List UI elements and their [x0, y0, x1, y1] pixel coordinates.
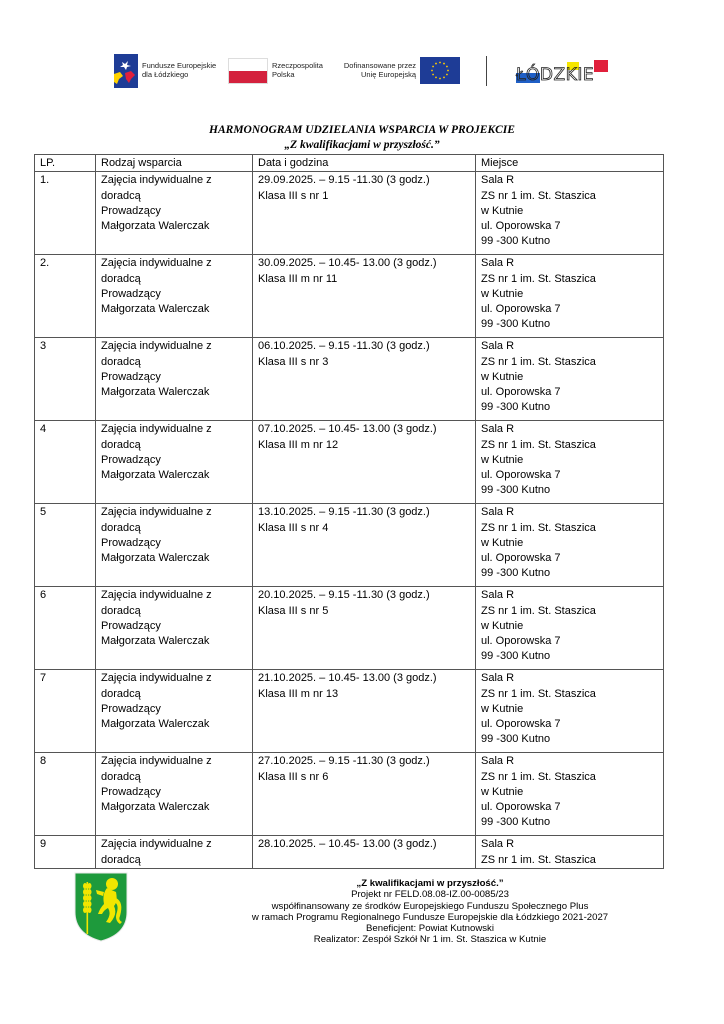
cell-support-type: Zajęcia indywidualne zdoradcąProwadzącyM…: [96, 504, 253, 587]
cell-date-time-line: 30.09.2025. – 10.45- 13.00 (3 godz.): [258, 256, 470, 271]
cell-place-line: Sala R: [481, 754, 658, 769]
cell-place-line: w Kutnie: [481, 536, 658, 551]
cell-date-time-line: Klasa III s nr 6: [258, 770, 470, 785]
cell-date-time: 28.10.2025. – 10.45- 13.00 (3 godz.): [253, 836, 476, 869]
cell-support-type-line: doradcą: [101, 770, 247, 785]
cell-place-line: ul. Oporowska 7: [481, 551, 658, 566]
project-footer: „Z kwalifikacjami w przyszłość.” Projekt…: [180, 878, 680, 946]
column-header-support-type: Rodzaj wsparcia: [96, 155, 253, 172]
cell-support-type-line: Prowadzący: [101, 702, 247, 717]
table-row: 8Zajęcia indywidualne zdoradcąProwadzący…: [35, 753, 664, 836]
cell-support-type-line: Małgorzata Walerczak: [101, 468, 247, 483]
cell-place-line: ZS nr 1 im. St. Staszica: [481, 521, 658, 536]
cell-support-type-line: Zajęcia indywidualne z: [101, 754, 247, 769]
cell-place-line: ul. Oporowska 7: [481, 302, 658, 317]
cell-support-type-line: Małgorzata Walerczak: [101, 717, 247, 732]
cell-place-line: ul. Oporowska 7: [481, 385, 658, 400]
cell-support-type-line: doradcą: [101, 189, 247, 204]
cell-date-time-line: Klasa III s nr 3: [258, 355, 470, 370]
cell-support-type-line: doradcą: [101, 604, 247, 619]
cell-place-line: ZS nr 1 im. St. Staszica: [481, 272, 658, 287]
cell-date-time: 07.10.2025. – 10.45- 13.00 (3 godz.)Klas…: [253, 421, 476, 504]
cell-date-time-line: 13.10.2025. – 9.15 -11.30 (3 godz.): [258, 505, 470, 520]
footer-project-name: „Z kwalifikacjami w przyszłość.”: [180, 878, 680, 889]
cell-date-time-line: 27.10.2025. – 9.15 -11.30 (3 godz.): [258, 754, 470, 769]
cell-place-line: 99 -300 Kutno: [481, 566, 658, 581]
cell-date-time-line: Klasa III m nr 13: [258, 687, 470, 702]
footer-project-number: Projekt nr FELD.08.08-IZ.00-0085/23: [180, 889, 680, 900]
schedule-table: LP. Rodzaj wsparcia Data i godzina Miejs…: [34, 154, 664, 869]
cell-place-line: ul. Oporowska 7: [481, 717, 658, 732]
cell-lp: 1.: [35, 172, 96, 255]
cell-place-line: w Kutnie: [481, 287, 658, 302]
cell-place-line: Sala R: [481, 339, 658, 354]
cell-support-type-line: Zajęcia indywidualne z: [101, 173, 247, 188]
cell-lp: 3: [35, 338, 96, 421]
cell-date-time: 21.10.2025. – 10.45- 13.00 (3 godz.)Klas…: [253, 670, 476, 753]
cell-place-line: 99 -300 Kutno: [481, 732, 658, 747]
cell-date-time-line: 29.09.2025. – 9.15 -11.30 (3 godz.): [258, 173, 470, 188]
cell-support-type: Zajęcia indywidualne zdoradcąProwadzącyM…: [96, 421, 253, 504]
cell-place-line: 99 -300 Kutno: [481, 815, 658, 830]
cell-place-line: ul. Oporowska 7: [481, 468, 658, 483]
cell-place-line: ul. Oporowska 7: [481, 634, 658, 649]
cell-support-type-line: doradcą: [101, 355, 247, 370]
cell-place-line: ZS nr 1 im. St. Staszica: [481, 438, 658, 453]
cell-support-type: Zajęcia indywidualne zdoradcąProwadzącyM…: [96, 172, 253, 255]
cell-place: Sala RZS nr 1 im. St. Staszicaw Kutnieul…: [476, 753, 664, 836]
cell-place: Sala RZS nr 1 im. St. Staszicaw Kutnieul…: [476, 255, 664, 338]
cell-date-time-line: 07.10.2025. – 10.45- 13.00 (3 godz.): [258, 422, 470, 437]
cell-place-line: ul. Oporowska 7: [481, 219, 658, 234]
footer-implementer: Realizator: Zespół Szkół Nr 1 im. St. St…: [180, 934, 680, 945]
cell-support-type-line: Prowadzący: [101, 785, 247, 800]
cell-support-type-line: Prowadzący: [101, 536, 247, 551]
fundusze-europejskie-label: Fundusze Europejskie dla Łódzkiego: [142, 61, 216, 79]
svg-text:ŁÓDZKIE: ŁÓDZKIE: [515, 63, 594, 84]
cell-place-line: Sala R: [481, 671, 658, 686]
cell-place-line: 99 -300 Kutno: [481, 483, 658, 498]
cell-support-type-line: Małgorzata Walerczak: [101, 634, 247, 649]
cell-date-time-line: Klasa III s nr 1: [258, 189, 470, 204]
cell-place: Sala RZS nr 1 im. St. Staszicaw Kutnieul…: [476, 421, 664, 504]
cell-place-line: ul. Oporowska 7: [481, 800, 658, 815]
cell-place-line: 99 -300 Kutno: [481, 649, 658, 664]
cell-place-line: ZS nr 1 im. St. Staszica: [481, 770, 658, 785]
table-header-row: LP. Rodzaj wsparcia Data i godzina Miejs…: [35, 155, 664, 172]
cell-date-time: 27.10.2025. – 9.15 -11.30 (3 godz.)Klasa…: [253, 753, 476, 836]
table-row: 3Zajęcia indywidualne zdoradcąProwadzący…: [35, 338, 664, 421]
cell-support-type: Zajęcia indywidualne zdoradcą: [96, 836, 253, 869]
cell-date-time-line: 06.10.2025. – 9.15 -11.30 (3 godz.): [258, 339, 470, 354]
cell-place-line: ZS nr 1 im. St. Staszica: [481, 189, 658, 204]
project-subtitle: „Z kwalifikacjami w przyszłość.”: [0, 139, 724, 151]
footer-beneficiary: Beneficjent: Powiat Kutnowski: [180, 923, 680, 934]
eu-cofinancing-label: Dofinansowane przez Unię Europejską: [340, 61, 416, 79]
cell-support-type-line: Zajęcia indywidualne z: [101, 339, 247, 354]
cell-support-type: Zajęcia indywidualne zdoradcąProwadzącyM…: [96, 587, 253, 670]
cell-place-line: ZS nr 1 im. St. Staszica: [481, 687, 658, 702]
cell-lp: 2.: [35, 255, 96, 338]
cell-place: Sala RZS nr 1 im. St. Staszicaw Kutnieul…: [476, 504, 664, 587]
cell-date-time: 30.09.2025. – 10.45- 13.00 (3 godz.)Klas…: [253, 255, 476, 338]
cell-place-line: Sala R: [481, 173, 658, 188]
cell-date-time-line: Klasa III m nr 12: [258, 438, 470, 453]
cell-lp: 8: [35, 753, 96, 836]
cell-place-line: 99 -300 Kutno: [481, 317, 658, 332]
table-row: 6Zajęcia indywidualne zdoradcąProwadzący…: [35, 587, 664, 670]
cell-date-time-line: Klasa III m nr 11: [258, 272, 470, 287]
cell-support-type: Zajęcia indywidualne zdoradcąProwadzącyM…: [96, 255, 253, 338]
cell-lp: 4: [35, 421, 96, 504]
cell-place-line: Sala R: [481, 505, 658, 520]
cell-date-time: 13.10.2025. – 9.15 -11.30 (3 godz.)Klasa…: [253, 504, 476, 587]
cell-place: Sala RZS nr 1 im. St. Staszicaw Kutnieul…: [476, 172, 664, 255]
cell-support-type-line: Prowadzący: [101, 370, 247, 385]
table-row: 9Zajęcia indywidualne zdoradcą28.10.2025…: [35, 836, 664, 869]
cell-date-time-line: Klasa III s nr 5: [258, 604, 470, 619]
cell-support-type-line: doradcą: [101, 521, 247, 536]
cell-place-line: 99 -300 Kutno: [481, 234, 658, 249]
cell-place-line: w Kutnie: [481, 453, 658, 468]
header-logos: Fundusze Europejskie dla Łódzkiego Rzecz…: [0, 52, 724, 92]
powiat-kutnowski-crest-icon: [74, 872, 128, 942]
cell-date-time-line: 28.10.2025. – 10.45- 13.00 (3 godz.): [258, 837, 470, 852]
column-header-lp: LP.: [35, 155, 96, 172]
rzeczpospolita-label: Rzeczpospolita Polska: [272, 61, 323, 79]
column-header-date-time: Data i godzina: [253, 155, 476, 172]
cell-place: Sala RZS nr 1 im. St. Staszica: [476, 836, 664, 869]
cell-support-type-line: Prowadzący: [101, 287, 247, 302]
cell-support-type-line: Prowadzący: [101, 453, 247, 468]
cell-support-type-line: Prowadzący: [101, 619, 247, 634]
poland-flag-icon: [228, 58, 268, 84]
cell-date-time-line: 21.10.2025. – 10.45- 13.00 (3 godz.): [258, 671, 470, 686]
cell-place: Sala RZS nr 1 im. St. Staszicaw Kutnieul…: [476, 670, 664, 753]
cell-lp: 6: [35, 587, 96, 670]
cell-place-line: 99 -300 Kutno: [481, 400, 658, 415]
cell-place-line: Sala R: [481, 837, 658, 852]
cell-date-time-line: Klasa III s nr 4: [258, 521, 470, 536]
cell-support-type-line: Małgorzata Walerczak: [101, 800, 247, 815]
footer-programme: w ramach Programu Regionalnego Fundusze …: [180, 912, 680, 923]
cell-support-type-line: Małgorzata Walerczak: [101, 551, 247, 566]
cell-place-line: ZS nr 1 im. St. Staszica: [481, 604, 658, 619]
cell-support-type-line: Zajęcia indywidualne z: [101, 671, 247, 686]
cell-place: Sala RZS nr 1 im. St. Staszicaw Kutnieul…: [476, 587, 664, 670]
cell-support-type-line: doradcą: [101, 438, 247, 453]
cell-support-type-line: Zajęcia indywidualne z: [101, 588, 247, 603]
cell-place-line: Sala R: [481, 422, 658, 437]
cell-place-line: ZS nr 1 im. St. Staszica: [481, 355, 658, 370]
cell-support-type-line: doradcą: [101, 272, 247, 287]
cell-support-type: Zajęcia indywidualne zdoradcąProwadzącyM…: [96, 338, 253, 421]
cell-place-line: Sala R: [481, 588, 658, 603]
cell-date-time: 29.09.2025. – 9.15 -11.30 (3 godz.)Klasa…: [253, 172, 476, 255]
cell-place-line: w Kutnie: [481, 619, 658, 634]
table-row: 1.Zajęcia indywidualne zdoradcąProwadząc…: [35, 172, 664, 255]
column-header-place: Miejsce: [476, 155, 664, 172]
fundusze-europejskie-icon: [114, 54, 138, 88]
table-row: 4Zajęcia indywidualne zdoradcąProwadzący…: [35, 421, 664, 504]
cell-lp: 5: [35, 504, 96, 587]
cell-support-type-line: Zajęcia indywidualne z: [101, 422, 247, 437]
cell-place-line: w Kutnie: [481, 702, 658, 717]
document-title: HARMONOGRAM UDZIELANIA WSPARCIA W PROJEK…: [0, 124, 724, 136]
cell-support-type: Zajęcia indywidualne zdoradcąProwadzącyM…: [96, 753, 253, 836]
cell-date-time: 20.10.2025. – 9.15 -11.30 (3 godz.)Klasa…: [253, 587, 476, 670]
table-row: 5Zajęcia indywidualne zdoradcąProwadzący…: [35, 504, 664, 587]
cell-support-type-line: doradcą: [101, 853, 247, 868]
cell-lp: 7: [35, 670, 96, 753]
cell-support-type-line: Zajęcia indywidualne z: [101, 837, 247, 852]
cell-support-type-line: Małgorzata Walerczak: [101, 302, 247, 317]
cell-lp: 9: [35, 836, 96, 869]
cell-support-type-line: Małgorzata Walerczak: [101, 385, 247, 400]
cell-place-line: Sala R: [481, 256, 658, 271]
table-row: 7Zajęcia indywidualne zdoradcąProwadzący…: [35, 670, 664, 753]
cell-date-time-line: 20.10.2025. – 9.15 -11.30 (3 godz.): [258, 588, 470, 603]
cell-support-type-line: Małgorzata Walerczak: [101, 219, 247, 234]
cell-place-line: ZS nr 1 im. St. Staszica: [481, 853, 658, 868]
cell-place: Sala RZS nr 1 im. St. Staszicaw Kutnieul…: [476, 338, 664, 421]
cell-place-line: w Kutnie: [481, 204, 658, 219]
cell-support-type-line: Zajęcia indywidualne z: [101, 505, 247, 520]
footer-cofinancing: współfinansowany ze środków Europejskieg…: [180, 901, 680, 912]
lodzkie-logo-icon: ŁÓDZKIE: [510, 58, 610, 84]
logo-separator: [486, 56, 487, 86]
cell-place-line: w Kutnie: [481, 785, 658, 800]
table-row: 2.Zajęcia indywidualne zdoradcąProwadząc…: [35, 255, 664, 338]
cell-support-type: Zajęcia indywidualne zdoradcąProwadzącyM…: [96, 670, 253, 753]
cell-support-type-line: Prowadzący: [101, 204, 247, 219]
cell-support-type-line: Zajęcia indywidualne z: [101, 256, 247, 271]
cell-date-time: 06.10.2025. – 9.15 -11.30 (3 godz.)Klasa…: [253, 338, 476, 421]
eu-flag-icon: [420, 57, 460, 84]
cell-place-line: w Kutnie: [481, 370, 658, 385]
cell-support-type-line: doradcą: [101, 687, 247, 702]
